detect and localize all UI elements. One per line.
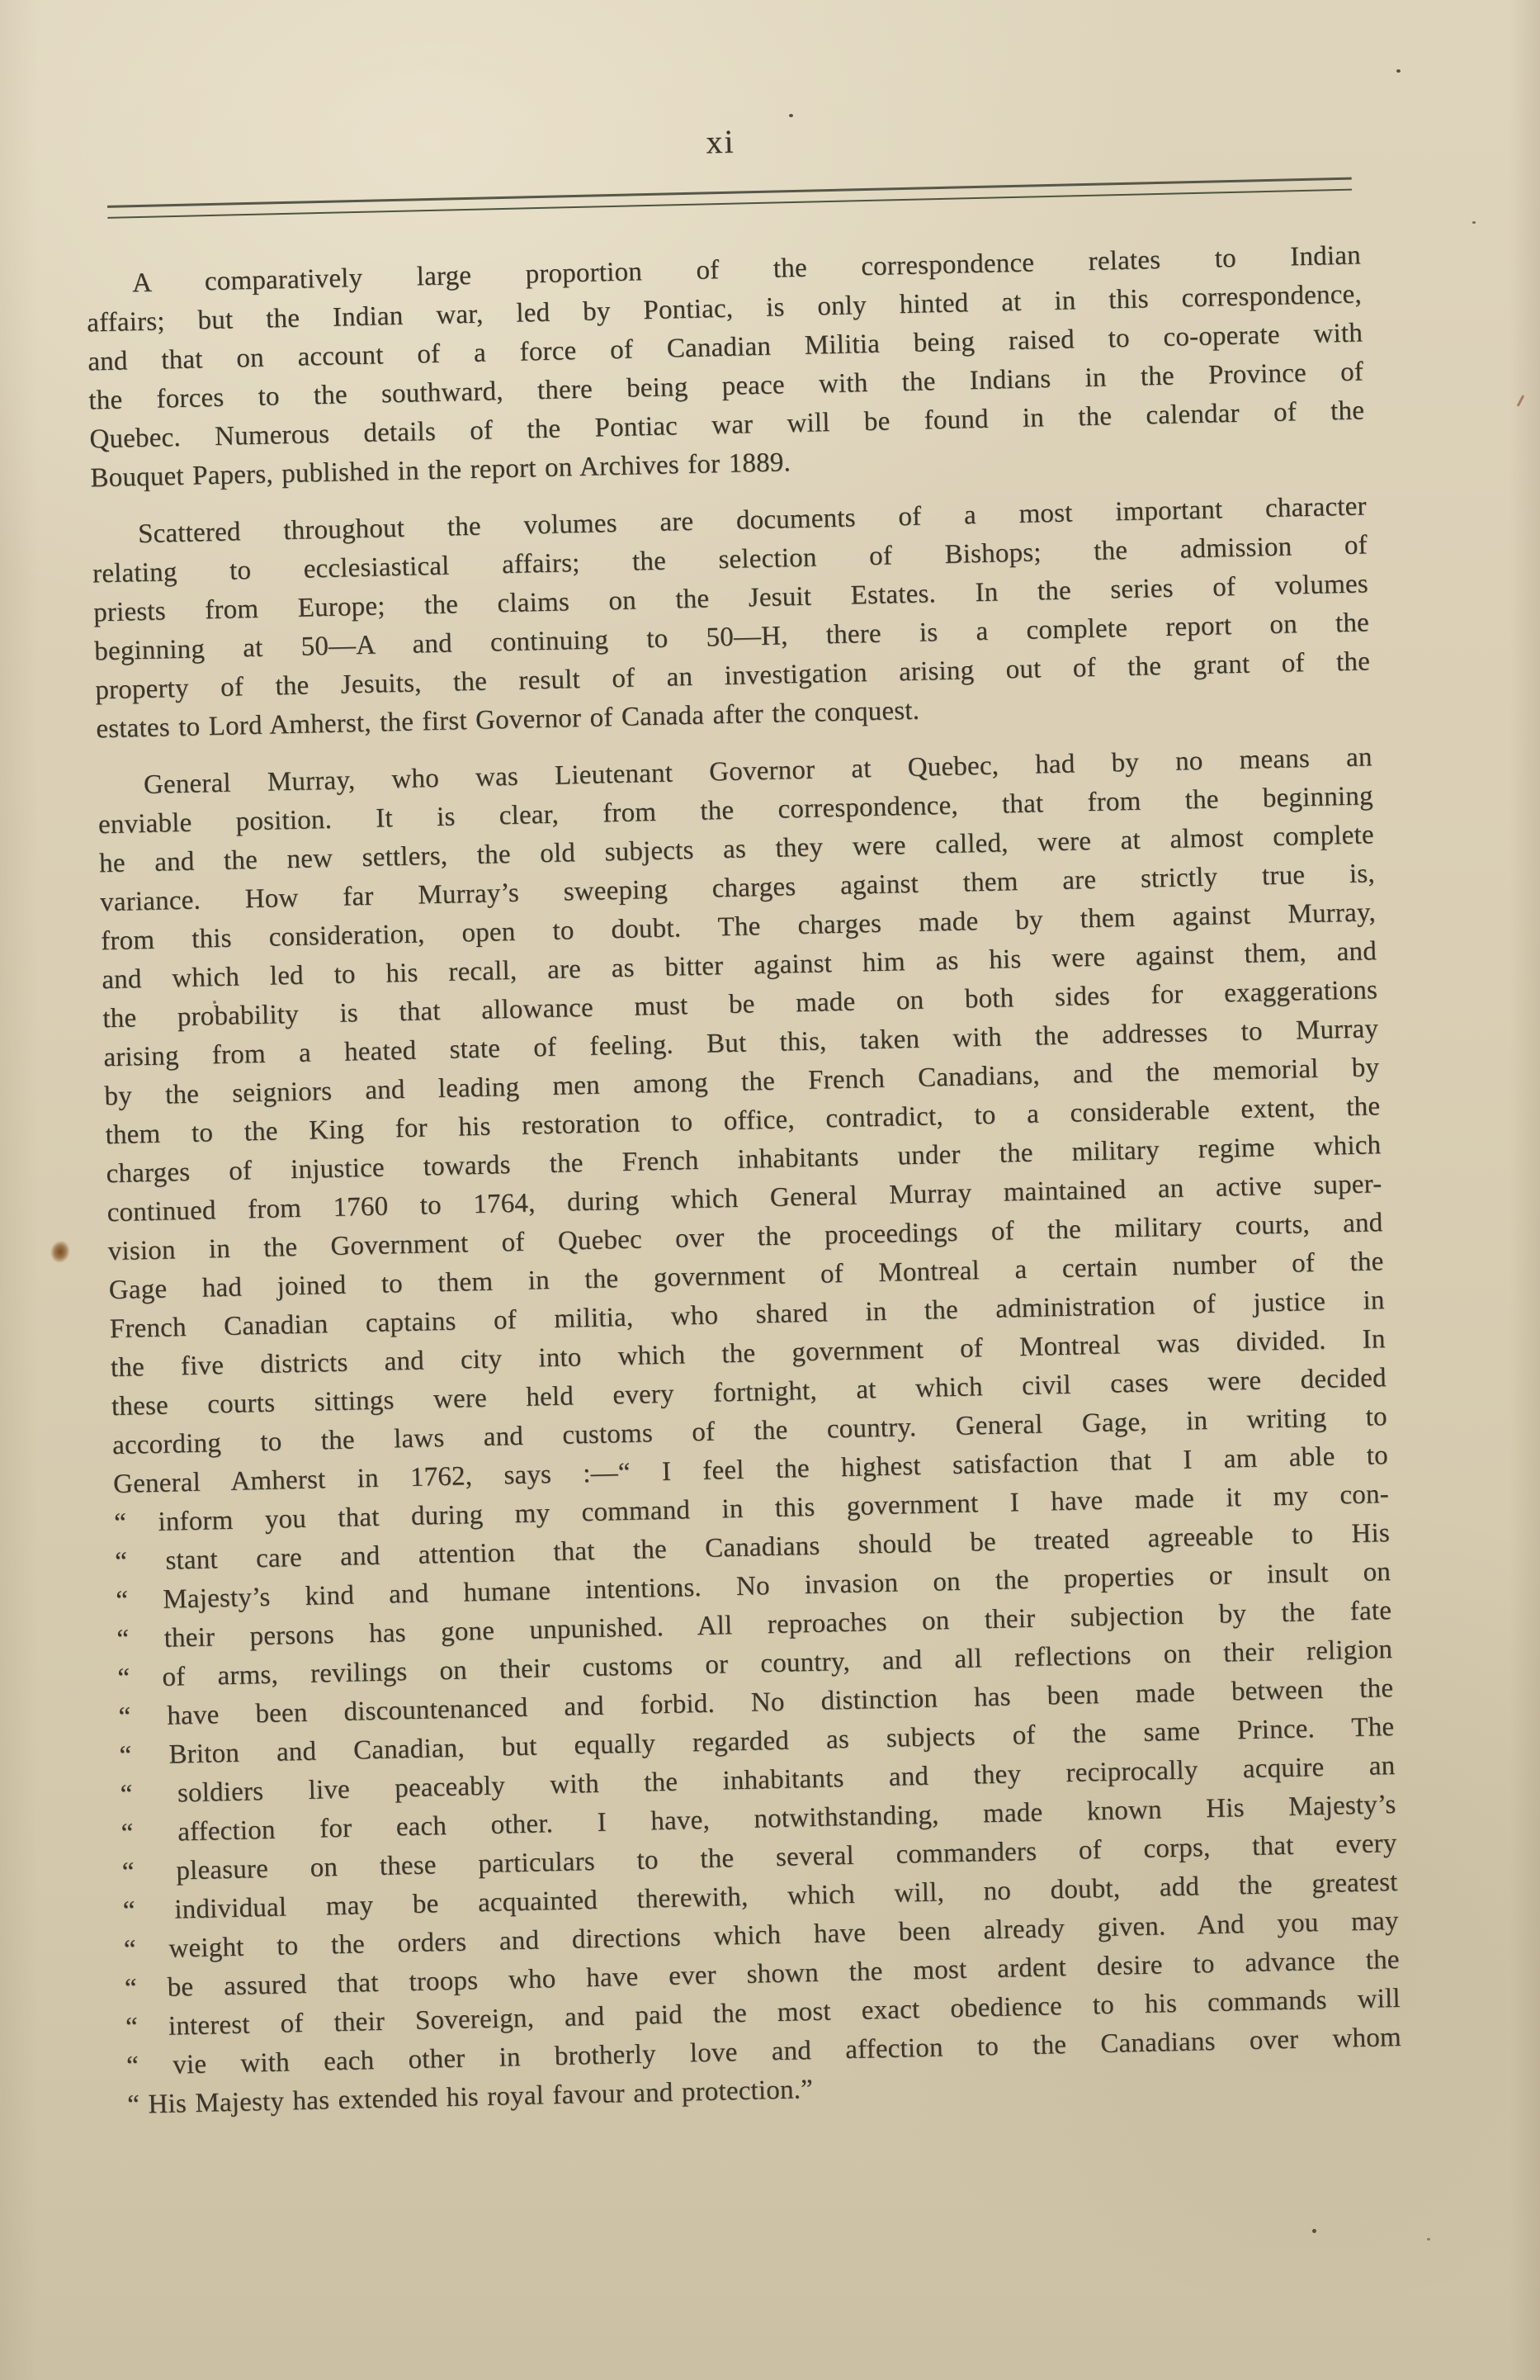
paper-scratch — [1517, 395, 1525, 407]
paper-speck — [1396, 69, 1401, 73]
paragraph: General Murray, who was Lieutenant Gover… — [97, 738, 1402, 2125]
paper-speck — [1472, 221, 1476, 224]
header-double-rule — [107, 177, 1352, 219]
book-page: xi A comparatively large proportion of t… — [0, 0, 1540, 2380]
paragraph: A comparatively large proportion of the … — [86, 236, 1366, 498]
paper-speck — [1427, 2238, 1430, 2240]
paper-speck — [1312, 2229, 1316, 2233]
text-body: A comparatively large proportion of the … — [86, 236, 1403, 2124]
ink-stain — [44, 1238, 73, 1279]
paper-speck — [213, 1001, 216, 1004]
paper-speck — [789, 114, 793, 117]
page-number: xi — [83, 109, 1358, 174]
page-content: xi A comparatively large proportion of t… — [83, 109, 1402, 2124]
paragraph: Scattered throughout the volumes are doc… — [92, 487, 1372, 749]
